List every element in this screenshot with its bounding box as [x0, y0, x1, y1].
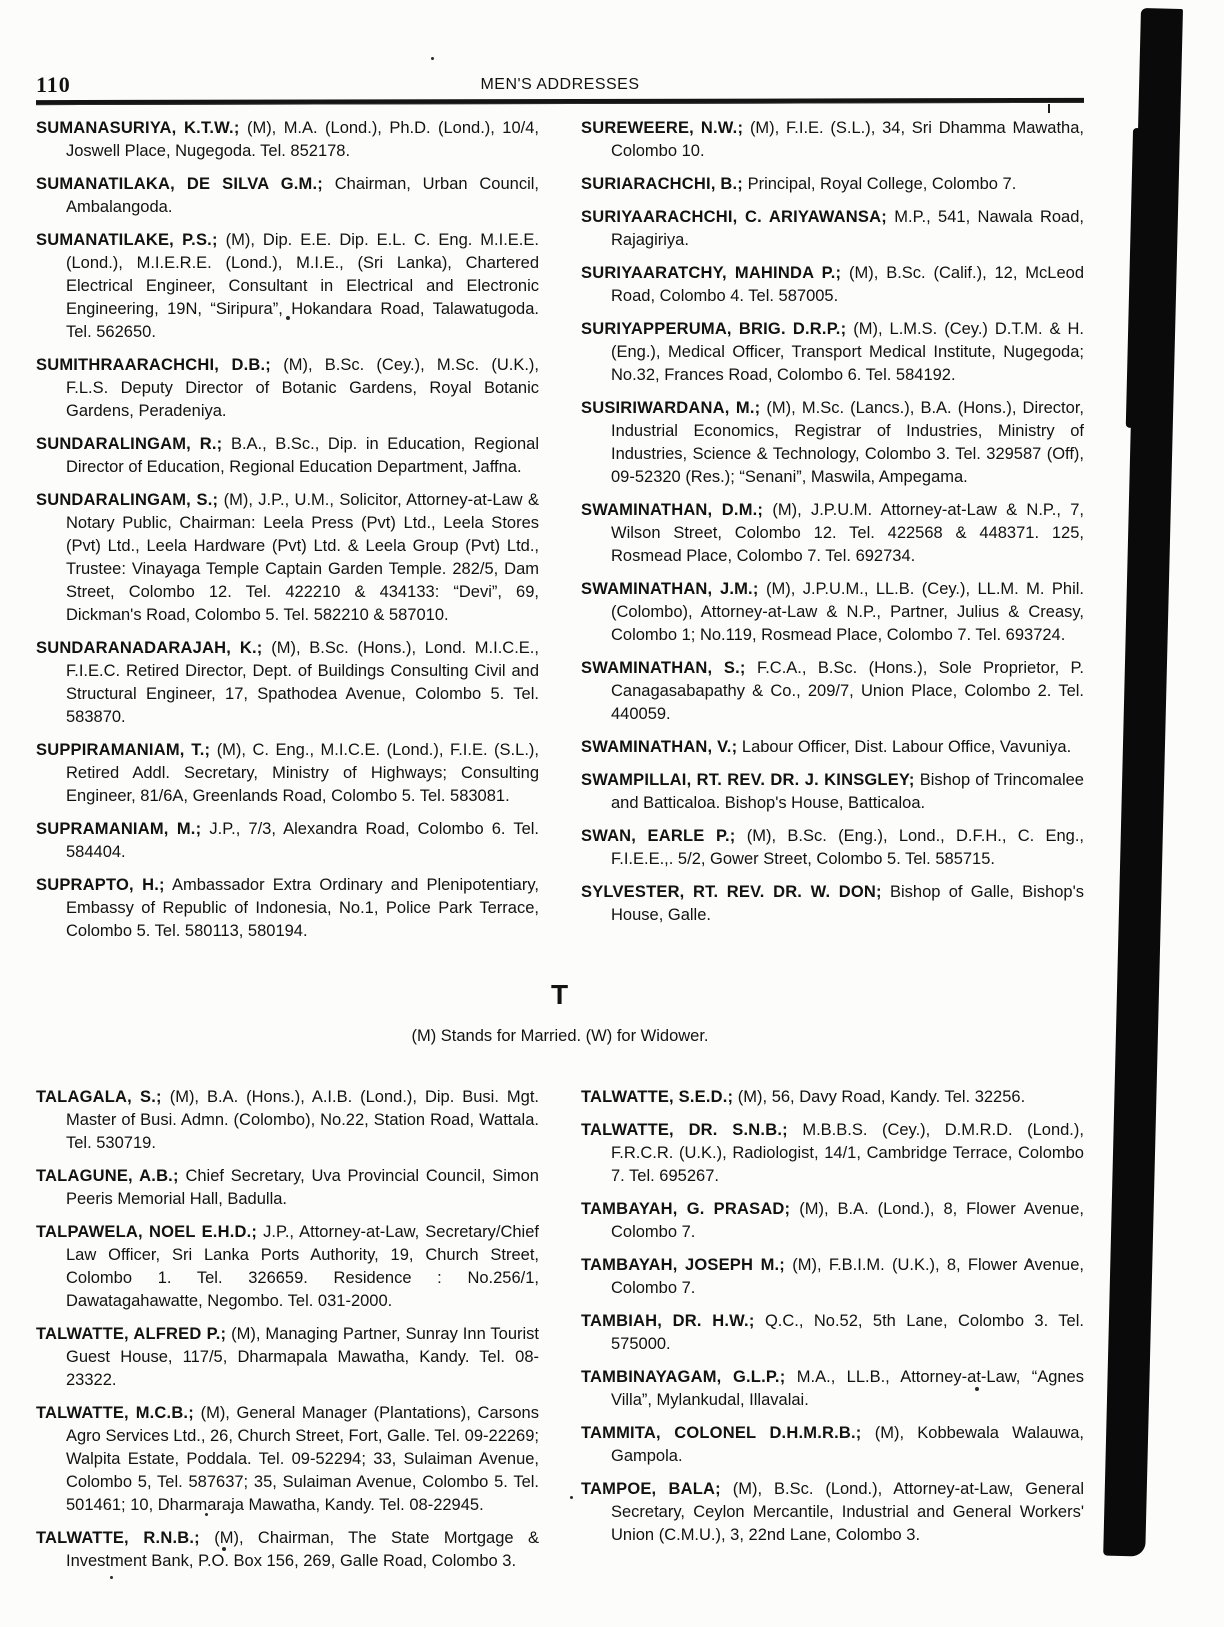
entry-name: SWAMINATHAN, S.; — [581, 659, 746, 677]
entry-name: SWAN, EARLE P.; — [581, 827, 736, 845]
scan-speck — [286, 316, 290, 320]
directory-entry: TALWATTE, ALFRED P.; (M), Managing Partn… — [36, 1323, 539, 1392]
directory-entry: SUMITHRAARACHCHI, D.B.; (M), B.Sc. (Cey.… — [36, 354, 539, 423]
entry-details: Principal, Royal College, Colombo 7. — [748, 175, 1017, 193]
directory-entry: SYLVESTER, RT. REV. DR. W. DON; Bishop o… — [581, 881, 1084, 927]
t-section-columns: TALAGALA, S.; (M), B.A. (Hons.), A.I.B. … — [36, 1086, 1084, 1583]
entry-name: TALWATTE, DR. S.N.B.; — [581, 1121, 788, 1139]
entry-name: SURIARACHCHI, B.; — [581, 175, 743, 193]
directory-entry: SWAMINATHAN, V.; Labour Officer, Dist. L… — [581, 736, 1084, 759]
directory-entry: SUMANASURIYA, K.T.W.; (M), M.A. (Lond.),… — [36, 117, 539, 163]
directory-entry: TALWATTE, R.N.B.; (M), Chairman, The Sta… — [36, 1527, 539, 1573]
directory-entry: TALWATTE, S.E.D.; (M), 56, Davy Road, Ka… — [581, 1086, 1084, 1109]
directory-entry: SUREWEERE, N.W.; (M), F.I.E. (S.L.), 34,… — [581, 117, 1084, 163]
header-rule — [36, 98, 1084, 105]
entry-name: TALPAWELA, NOEL E.H.D.; — [36, 1223, 257, 1241]
entry-name: TAMBAYAH, G. PRASAD; — [581, 1200, 790, 1218]
entry-name: SUPRAMANIAM, M.; — [36, 820, 201, 838]
entry-name: SURIYAPPERUMA, BRIG. D.R.P.; — [581, 320, 846, 338]
entry-name: SURIYAARACHCHI, C. ARIYAWANSA; — [581, 208, 887, 226]
entry-name: TALWATTE, ALFRED P.; — [36, 1325, 226, 1343]
entry-details: Labour Officer, Dist. Labour Office, Vav… — [742, 738, 1071, 756]
page-title: MEN'S ADDRESSES — [36, 76, 1084, 94]
entry-name: TAMPOE, BALA; — [581, 1480, 721, 1498]
directory-entry: SUNDARANADARAJAH, K.; (M), B.Sc. (Hons.)… — [36, 637, 539, 729]
directory-entry: SUPPIRAMANIAM, T.; (M), C. Eng., M.I.C.E… — [36, 739, 539, 808]
s-section-left-column: SUMANASURIYA, K.T.W.; (M), M.A. (Lond.),… — [36, 117, 539, 953]
directory-entry: TALWATTE, DR. S.N.B.; M.B.B.S. (Cey.), D… — [581, 1119, 1084, 1188]
directory-entry: TAMBAYAH, JOSEPH M.; (M), F.B.I.M. (U.K.… — [581, 1254, 1084, 1300]
directory-entry: TAMBINAYAGAM, G.L.P.; M.A., LL.B., Attor… — [581, 1366, 1084, 1412]
directory-entry: TALAGUNE, A.B.; Chief Secretary, Uva Pro… — [36, 1165, 539, 1211]
directory-entry: SUPRAMANIAM, M.; J.P., 7/3, Alexandra Ro… — [36, 818, 539, 864]
directory-entry: SWAMINATHAN, D.M.; (M), J.P.U.M. Attorne… — [581, 499, 1084, 568]
directory-entry: SURIARACHCHI, B.; Principal, Royal Colle… — [581, 173, 1084, 196]
entry-details: (M), 56, Davy Road, Kandy. Tel. 32256. — [738, 1088, 1025, 1106]
entry-name: SUPPIRAMANIAM, T.; — [36, 741, 210, 759]
directory-entry: SUNDARALINGAM, S.; (M), J.P., U.M., Soli… — [36, 489, 539, 627]
t-section-left-column: TALAGALA, S.; (M), B.A. (Hons.), A.I.B. … — [36, 1086, 539, 1583]
directory-entry: SUSIRIWARDANA, M.; (M), M.Sc. (Lancs.), … — [581, 397, 1084, 489]
entry-name: TALAGALA, S.; — [36, 1088, 162, 1106]
directory-entry: SWAMPILLAI, RT. REV. DR. J. KINSGLEY; Bi… — [581, 769, 1084, 815]
s-section-columns: SUMANASURIYA, K.T.W.; (M), M.A. (Lond.),… — [36, 117, 1084, 953]
entry-name: SWAMINATHAN, J.M.; — [581, 580, 759, 598]
t-section-right-column: TALWATTE, S.E.D.; (M), 56, Davy Road, Ka… — [581, 1086, 1084, 1583]
entry-name: SUMITHRAARACHCHI, D.B.; — [36, 356, 271, 374]
s-section-right-column: SUREWEERE, N.W.; (M), F.I.E. (S.L.), 34,… — [581, 117, 1084, 953]
entry-name: SWAMPILLAI, RT. REV. DR. J. KINSGLEY; — [581, 771, 915, 789]
directory-entry: SWAMINATHAN, J.M.; (M), J.P.U.M., LL.B. … — [581, 578, 1084, 647]
entry-details: (M), J.P., U.M., Solicitor, Attorney-at-… — [66, 491, 539, 624]
directory-entry: SWAMINATHAN, S.; F.C.A., B.Sc. (Hons.), … — [581, 657, 1084, 726]
entry-name: TALWATTE, S.E.D.; — [581, 1088, 733, 1106]
directory-entry: TAMPOE, BALA; (M), B.Sc. (Lond.), Attorn… — [581, 1478, 1084, 1547]
scan-speck — [431, 57, 434, 60]
entry-name: TAMBAYAH, JOSEPH M.; — [581, 1256, 785, 1274]
directory-page: 110 MEN'S ADDRESSES SUMANASURIYA, K.T.W.… — [36, 42, 1084, 1583]
entry-name: SUMANASURIYA, K.T.W.; — [36, 119, 240, 137]
directory-entry: TALPAWELA, NOEL E.H.D.; J.P., Attorney-a… — [36, 1221, 539, 1313]
scan-speck — [1029, 1260, 1032, 1263]
entry-name: SYLVESTER, RT. REV. DR. W. DON; — [581, 883, 882, 901]
scan-speck — [205, 1513, 208, 1516]
scan-speck — [110, 1576, 113, 1579]
section-abbreviation-note: (M) Stands for Married. (W) for Widower. — [36, 1027, 1084, 1046]
directory-entry: TAMBAYAH, G. PRASAD; (M), B.A. (Lond.), … — [581, 1198, 1084, 1244]
directory-entry: SWAN, EARLE P.; (M), B.Sc. (Eng.), Lond.… — [581, 825, 1084, 871]
section-letter-heading: T — [36, 979, 1084, 1011]
entry-name: SUNDARALINGAM, S.; — [36, 491, 218, 509]
entry-name: SURIYAARATCHY, MAHINDA P.; — [581, 264, 841, 282]
directory-entry: SURIYAARATCHY, MAHINDA P.; (M), B.Sc. (C… — [581, 262, 1084, 308]
directory-entry: SURIYAARACHCHI, C. ARIYAWANSA; M.P., 541… — [581, 206, 1084, 252]
entry-name: SUREWEERE, N.W.; — [581, 119, 743, 137]
entry-name: SUMANATILAKA, DE SILVA G.M.; — [36, 175, 323, 193]
directory-entry: SURIYAPPERUMA, BRIG. D.R.P.; (M), L.M.S.… — [581, 318, 1084, 387]
scan-speck — [975, 1387, 979, 1391]
directory-entry: SUMANATILAKE, P.S.; (M), Dip. E.E. Dip. … — [36, 229, 539, 344]
entry-name: SUNDARALINGAM, R.; — [36, 435, 222, 453]
entry-name: SUPRAPTO, H.; — [36, 876, 165, 894]
entry-name: TAMBIAH, DR. H.W.; — [581, 1312, 755, 1330]
entry-name: TALAGUNE, A.B.; — [36, 1167, 179, 1185]
scan-speck — [222, 1547, 226, 1551]
header-tick-mark — [1048, 104, 1050, 113]
scan-binding-shadow — [1103, 8, 1183, 1557]
directory-entry: SUMANATILAKA, DE SILVA G.M.; Chairman, U… — [36, 173, 539, 219]
entry-name: TAMBINAYAGAM, G.L.P.; — [581, 1368, 785, 1386]
entry-name: TAMMITA, COLONEL D.H.M.R.B.; — [581, 1424, 861, 1442]
directory-entry: TAMBIAH, DR. H.W.; Q.C., No.52, 5th Lane… — [581, 1310, 1084, 1356]
entry-name: SWAMINATHAN, D.M.; — [581, 501, 763, 519]
entry-name: TALWATTE, R.N.B.; — [36, 1529, 200, 1547]
entry-name: SWAMINATHAN, V.; — [581, 738, 737, 756]
entry-name: SUNDARANADARAJAH, K.; — [36, 639, 263, 657]
entry-name: TALWATTE, M.C.B.; — [36, 1404, 194, 1422]
entry-name: SUMANATILAKE, P.S.; — [36, 231, 218, 249]
directory-entry: TALWATTE, M.C.B.; (M), General Manager (… — [36, 1402, 539, 1517]
directory-entry: TAMMITA, COLONEL D.H.M.R.B.; (M), Kobbew… — [581, 1422, 1084, 1468]
directory-entry: SUPRAPTO, H.; Ambassador Extra Ordinary … — [36, 874, 539, 943]
directory-entry: SUNDARALINGAM, R.; B.A., B.Sc., Dip. in … — [36, 433, 539, 479]
directory-entry: TALAGALA, S.; (M), B.A. (Hons.), A.I.B. … — [36, 1086, 539, 1155]
scan-speck — [570, 1496, 573, 1499]
page-header: 110 MEN'S ADDRESSES — [36, 42, 1084, 104]
entry-name: SUSIRIWARDANA, M.; — [581, 399, 760, 417]
